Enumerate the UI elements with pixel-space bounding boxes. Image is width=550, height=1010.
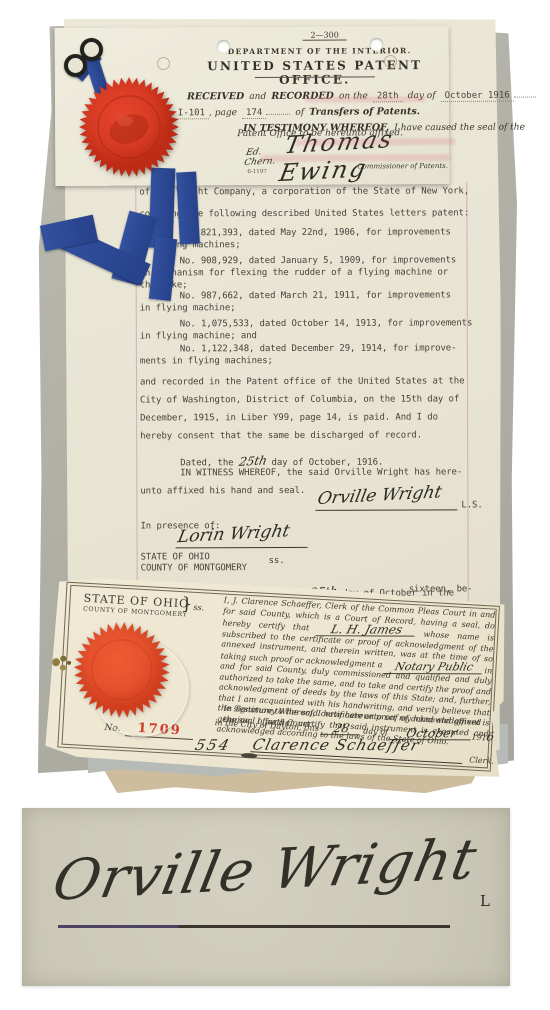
cert-day-handwritten: 28 [320,723,363,735]
patent-item: No. 1,075,533, dated October 14, 1913, f… [140,317,480,342]
ink-bleed [260,154,450,162]
cert-ss: ss. [193,603,204,613]
ink-bleed [305,96,425,103]
form-number: 2—300 [280,30,370,40]
punch-hole [217,40,230,53]
patent-item: No. 1,122,348, dated December 29, 1914, … [140,342,480,367]
docket-number-handwritten: 554 [193,736,233,754]
ss-label: ss. [269,555,285,567]
brass-fastener [52,658,60,666]
commissioner-title: Commissioner of Patents. [357,162,448,170]
ribbon [176,172,200,245]
notary-seal [71,619,172,720]
wax-seal [79,77,179,177]
county-line: COUNTY OF MONTGOMERY [141,562,247,574]
patent-item: No. 987,662, dated March 21, 1911, for i… [140,289,480,314]
punch-hole [370,38,383,51]
witness-underline [176,547,308,548]
ls-label: L.S. [461,499,482,511]
closeup-underline-purple [58,925,178,928]
signature-underline [315,509,457,510]
clerk-signature: Clarence Schaeffer [251,736,422,754]
notary-title-handwritten: Notary Public [383,662,484,674]
embossed-ring [384,55,397,68]
ribbon [149,168,176,249]
patent-item: No. 908,929, dated January 5, 1909, for … [140,254,480,291]
screenshot-root: of the Wright Company, a corporation of … [0,0,550,1010]
embossed-ring [157,57,170,70]
notary-name-handwritten: L. H. James [315,624,417,636]
received-date-value: October 1916 [441,91,514,102]
signature-closeup: Orville Wright L [22,808,510,986]
closeup-ls-letter: L [480,892,490,910]
notary-certificate: STATE OF OHIO COUNTY OF MONTGOMERY } ss.… [45,574,510,784]
liber-value: I-101 [174,108,209,119]
eyelet-grommet [64,54,87,77]
orville-wright-closeup-signature: Orville Wright [31,826,499,914]
print-code: 6-1197 [247,169,266,175]
partial-notary-line-2: sixteen, be- [409,583,473,595]
brace: } [181,594,193,615]
recorded-paragraph: and recorded in the Patent office of the… [140,372,482,445]
ink-bleed [295,138,455,146]
clerk-label: Clerk. [469,755,494,765]
